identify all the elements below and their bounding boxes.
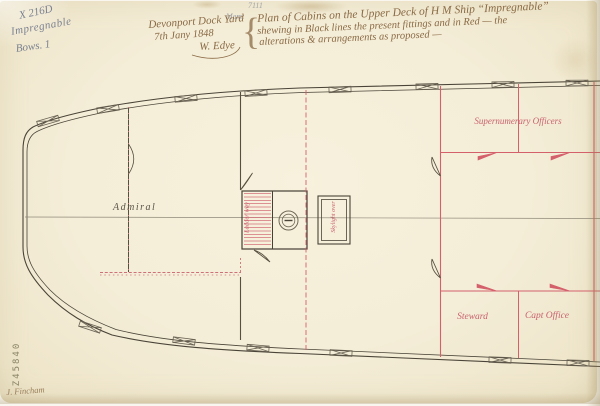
scanned-ship-plan: X 216D Impregnable Bows. 1 7111 Mem: Dev… (0, 0, 600, 406)
red-door-flags (477, 153, 570, 292)
capt-office-label: Capt Office (509, 311, 585, 321)
steward-label: Steward (440, 312, 505, 322)
skylight-label: Skylight over (331, 192, 337, 242)
ladderway-label: Ladder way (244, 193, 251, 243)
yard-signature: W. Edye (199, 39, 235, 53)
mast-circle (279, 211, 298, 230)
admiral-cabin-label: Admiral (113, 202, 156, 213)
ship-plan-linework (0, 0, 600, 406)
red-hatched-bulkhead (100, 258, 241, 275)
deck-centerline (25, 217, 600, 219)
pencil-number: 7111 (248, 1, 263, 10)
museum-stamp: Z45840 (12, 339, 26, 389)
supernumerary-officers-label: Supernumerary Officers (458, 116, 578, 126)
door-arcs (432, 157, 441, 278)
